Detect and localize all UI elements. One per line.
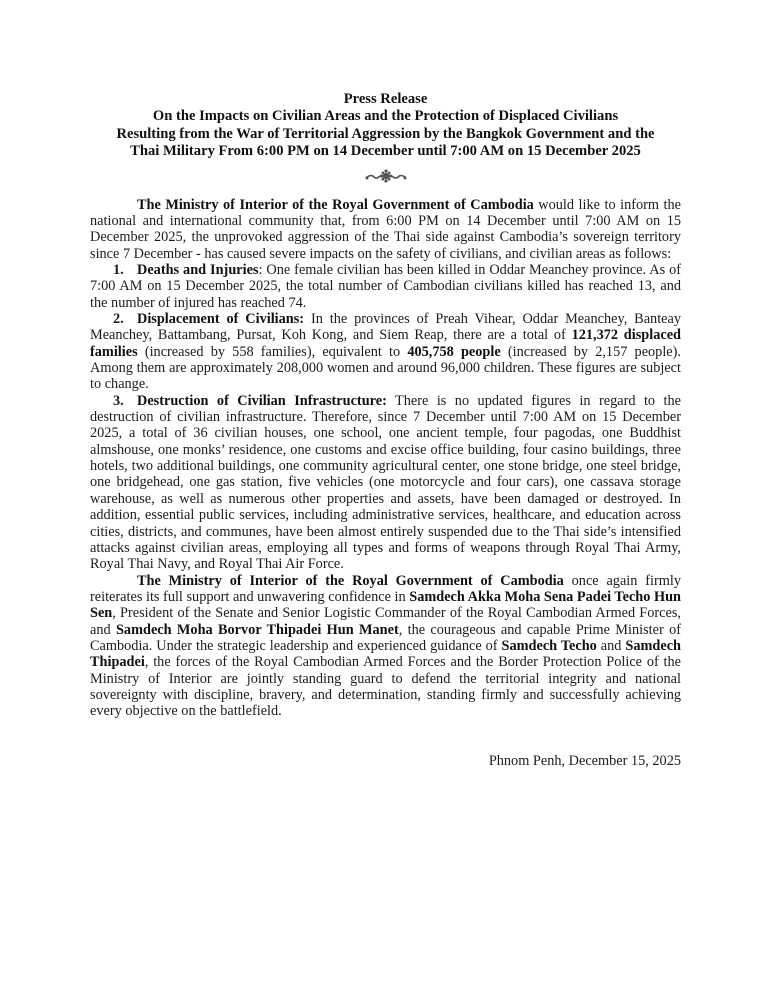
closing-text: and: [597, 638, 626, 654]
document-title: Press Release On the Impacts on Civilian…: [82, 91, 689, 161]
place-date-signoff: Phnom Penh, December 15, 2025: [90, 753, 681, 769]
name-samdech-techo: Samdech Techo: [502, 638, 597, 654]
closing-paragraph: The Ministry of Interior of the Royal Go…: [90, 573, 681, 720]
item-number: 1.: [113, 262, 137, 278]
title-line-press-release: Press Release: [82, 91, 689, 108]
item-text: There is no updated figures in regard to…: [90, 393, 681, 572]
title-line-cause: Resulting from the War of Territorial Ag…: [82, 126, 689, 143]
closing-text: , the forces of the Royal Cambodian Arme…: [90, 654, 681, 719]
title-line-period: Thai Military From 6:00 PM on 14 Decembe…: [82, 143, 689, 160]
press-release-page: Press Release On the Impacts on Civilian…: [90, 91, 681, 769]
intro-paragraph: The Ministry of Interior of the Royal Go…: [90, 197, 681, 262]
name-hun-manet: Samdech Moha Borvor Thipadei Hun Manet: [116, 622, 399, 638]
item-heading: Destruction of Civilian Infrastructure:: [137, 393, 387, 409]
list-item-displacement: 2.Displacement of Civilians: In the prov…: [90, 311, 681, 393]
item-number: 3.: [113, 393, 137, 409]
item-heading: Displacement of Civilians:: [137, 311, 304, 327]
item-text: (increased by 558 families), equivalent …: [138, 344, 408, 360]
document-body: The Ministry of Interior of the Royal Go…: [90, 197, 681, 720]
ministry-name: The Ministry of Interior of the Royal Go…: [137, 197, 534, 213]
item-number: 2.: [113, 311, 137, 327]
displaced-people-count: 405,758 people: [407, 344, 500, 360]
list-item-deaths-injuries: 1.Deaths and Injuries: One female civili…: [90, 262, 681, 311]
ministry-name: The Ministry of Interior of the Royal Go…: [137, 573, 564, 589]
item-heading: Deaths and Injuries: [137, 262, 259, 278]
title-line-subject: On the Impacts on Civilian Areas and the…: [82, 108, 689, 125]
list-item-infrastructure: 3.Destruction of Civilian Infrastructure…: [90, 393, 681, 573]
floral-divider-icon: [90, 165, 681, 187]
